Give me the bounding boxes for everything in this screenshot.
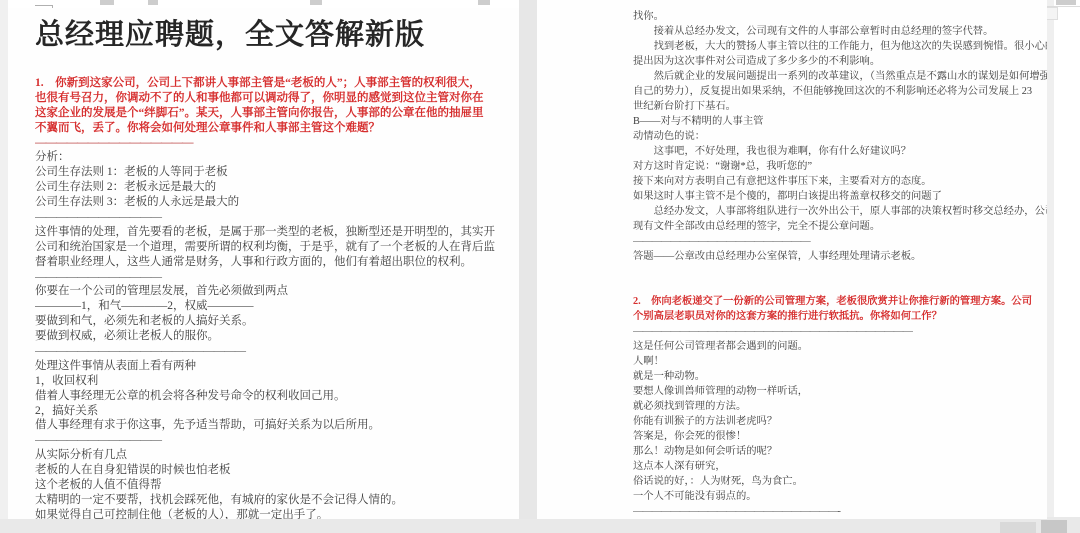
divider-dash-line[interactable]: ———————————— xyxy=(35,210,519,225)
answer-text-line[interactable]: 如果觉得自己可控制住他（老板的人），那就一定出手了。 xyxy=(35,508,519,519)
answer-text-line[interactable]: 这件事情的处理，首先要看的老板，是属于那一类型的老板，独断型还是开明型的，其实开 xyxy=(35,225,519,240)
left-page-text: 1. 你新到这家公司，公司上下都讲人事部主管是“老板的人”；人事部主管的权利很大… xyxy=(35,76,519,519)
page-right-edge xyxy=(1047,0,1054,519)
answer-text-line[interactable]: 那么！动物是如何会听话的呢？ xyxy=(633,444,1047,459)
divider-dash-line[interactable]: ——————————————————————- xyxy=(633,504,1047,519)
divider-dash-line[interactable]: ——————————————————— xyxy=(633,234,1047,249)
divider-dash-line[interactable]: ———————————— xyxy=(35,433,519,448)
question-text-line[interactable]: 1. 你新到这家公司，公司上下都讲人事部主管是“老板的人”；人事部主管的权利很大… xyxy=(35,76,519,91)
divider-dash-line[interactable]: —————————————————————————————— xyxy=(633,324,1047,339)
answer-text-line[interactable]: 督着职业经理人，这些人通常是财务，人事和行政方面的，他们有着超出职位的权利。 xyxy=(35,255,519,270)
answer-text-line[interactable]: 分析： xyxy=(35,150,519,165)
answer-text-line[interactable]: 1，收回权利 xyxy=(35,374,519,389)
answer-text-line[interactable]: 对方这时肯定说：“谢谢*总，我听您的” xyxy=(633,159,1047,174)
right-page-text: 找你。 接着从总经办发文，公司现有文件的人事部公章暂时由总经理的签字代替。 找到… xyxy=(633,9,1047,519)
answer-text-line[interactable]: 要想人像训兽师管理的动物一样听话， xyxy=(633,384,1047,399)
answer-text-line[interactable]: B——对与不精明的人事主管 xyxy=(633,114,1047,129)
answer-text-line[interactable]: 处理这件事情从表面上看有两种 xyxy=(35,359,519,374)
ruler-remnant xyxy=(478,0,490,5)
answer-text-line[interactable]: 公司生存法则 2：老板永远是最大的 xyxy=(35,180,519,195)
answer-text-line[interactable]: 然后就企业的发展问题提出一系列的改革建议，（当然重点是不露山水的谋划是如何增强 xyxy=(633,69,1047,84)
question-text-line[interactable]: 这家企业的发展是个“绊脚石”。某天，人事部主管向你报告，人事部的公章在他的抽屉里 xyxy=(35,106,519,121)
ruler-remnant xyxy=(100,0,114,5)
answer-text-line[interactable]: 公司生存法则 3：老板的人永远是最大的 xyxy=(35,195,519,210)
answer-text-line[interactable]: 现有文件全部改由总经理的签字，完全不提公章问题。 xyxy=(633,219,1047,234)
answer-text-line[interactable]: 你能有训猴子的方法训老虎吗？ xyxy=(633,414,1047,429)
ruler-remnant xyxy=(1056,0,1076,5)
question-text-line[interactable]: 也很有号召力，你调动不了的人和事他都可以调动得了，你明显的感觉到这位主管对你在 xyxy=(35,91,519,106)
answer-text-line[interactable]: 太精明的一定不要帮，找机会踩死他，有城府的家伙是不会记得人情的。 xyxy=(35,493,519,508)
answer-text-line[interactable]: 2，搞好关系 xyxy=(35,404,519,419)
answer-text-line[interactable]: 接着从总经办发文，公司现有文件的人事部公章暂时由总经理的签字代替。 xyxy=(633,24,1047,39)
answer-text-line[interactable]: 要做到和气，必须先和老板的人搞好关系。 xyxy=(35,314,519,329)
answer-text-line[interactable]: 找你。 xyxy=(633,9,1047,24)
answer-text-line[interactable]: 公司和统治国家是一个道理，需要所谓的权利均衡，于是乎，就有了一个老板的人在背后监 xyxy=(35,240,519,255)
answer-text-line[interactable]: 世纪新台阶打下基石。 xyxy=(633,99,1047,114)
answer-text-line[interactable]: 公司生存法则 1：老板的人等同于老板 xyxy=(35,165,519,180)
answer-text-line[interactable]: 如果这时人事主管不是个傻的，都明白该提出将盖章权移交的问题了 xyxy=(633,189,1047,204)
answer-text-line[interactable]: 答题——公章改由总经理办公室保管，人事经理处理请示老板。 xyxy=(633,249,1047,264)
answer-text-line[interactable]: 这是任何公司管理者都会遇到的问题。 xyxy=(633,339,1047,354)
window-left-margin xyxy=(0,0,8,519)
divider-dash-line[interactable]: ——————————————— xyxy=(35,136,519,151)
answer-text-line[interactable]: 这事吧，不好处理，我也很为难啊，你有什么好建议吗？ xyxy=(633,144,1047,159)
ruler-remnant xyxy=(310,0,322,5)
document-page-right[interactable]: 找你。 接着从总经办发文，公司现有文件的人事部公章暂时由总经理的签字代替。 找到… xyxy=(537,0,1047,519)
answer-text-line[interactable]: 俗话说的好，：人为财死，鸟为食亡。 xyxy=(633,474,1047,489)
answer-text-line[interactable]: 你要在一个公司的管理层发展，首先必须做到两点 xyxy=(35,284,519,299)
answer-text-line[interactable]: 老板的人在自身犯错误的时候也怕老板 xyxy=(35,463,519,478)
answer-text-line[interactable]: 借着人事经理无公章的机会将各种发号命令的权利收回己用。 xyxy=(35,389,519,404)
answer-text-line[interactable]: 动情动色的说： xyxy=(633,129,1047,144)
blank-line[interactable] xyxy=(633,264,1047,279)
question-text-line[interactable]: 2. 你向老板递交了一份新的公司管理方案，老板很欣赏并让你推行新的管理方案。公司 xyxy=(633,294,1047,309)
answer-text-line[interactable]: 借人事经理有求于你这事，先予适当帮助，可搞好关系为以后所用。 xyxy=(35,418,519,433)
question-text-line[interactable]: 个别高层老职员对你的这套方案的推行进行软抵抗。你将如何工作？ xyxy=(633,309,1047,324)
answer-text-line[interactable]: 从实际分析有几点 xyxy=(35,448,519,463)
answer-text-line[interactable]: 找到老板，大大的赞扬人事主管以往的工作能力，但为他这次的失误感到惋惜。很小心的 xyxy=(633,39,1047,54)
page-gap-divider xyxy=(519,0,537,519)
answer-text-line[interactable]: 答案是，你会死的很惨！ xyxy=(633,429,1047,444)
document-page-left[interactable]: 总经理应聘题，全文答解新版 1. 你新到这家公司，公司上下都讲人事部主管是“老板… xyxy=(8,8,519,519)
answer-text-line[interactable]: 自己的势力），反复提出如果采纳，不但能够挽回这次的不利影响还必将为公司发展上 2… xyxy=(633,84,1047,99)
cropped-statusbar-fragment xyxy=(1041,520,1067,533)
document-title[interactable]: 总经理应聘题，全文答解新版 xyxy=(35,16,519,54)
divider-dash-line[interactable]: ———————————————————— xyxy=(35,344,519,359)
answer-text-line[interactable]: 提出因为这次事件对公司造成了多少多少的不利影响。 xyxy=(633,54,1047,69)
answer-text-line[interactable]: 这个老板的人值不值得帮 xyxy=(35,478,519,493)
answer-text-line[interactable]: 人啊！ xyxy=(633,354,1047,369)
answer-text-line[interactable]: 就是一种动物。 xyxy=(633,369,1047,384)
answer-text-line[interactable]: 要做到权威，必须让老板人的服你。 xyxy=(35,329,519,344)
divider-dash-line[interactable]: ———————————— xyxy=(35,270,519,285)
answer-text-line[interactable]: 一个人不可能没有弱点的。 xyxy=(633,489,1047,504)
cropped-statusbar-fragment xyxy=(1000,522,1036,533)
answer-text-line[interactable]: 就必须找到管理的方法。 xyxy=(633,399,1047,414)
question-text-line[interactable]: 不翼而飞，丢了。你将会如何处理公章事件和人事部主管这个难题？ xyxy=(35,121,519,136)
blank-line[interactable] xyxy=(633,279,1047,294)
page-bottom-edge xyxy=(0,519,1080,533)
ruler-remnant xyxy=(148,0,158,5)
answer-text-line[interactable]: 总经办发文，人事部将组队进行一次外出公干，原人事部的决策权暂时移交总经办，公司 xyxy=(633,204,1047,219)
answer-text-line[interactable]: 接下来向对方表明自己有意把这件事压下来，主要看对方的态度。 xyxy=(633,174,1047,189)
answer-text-line[interactable]: 这点本人深有研究， xyxy=(633,459,1047,474)
answer-text-line[interactable]: ————1，和气————2，权威———— xyxy=(35,299,519,314)
